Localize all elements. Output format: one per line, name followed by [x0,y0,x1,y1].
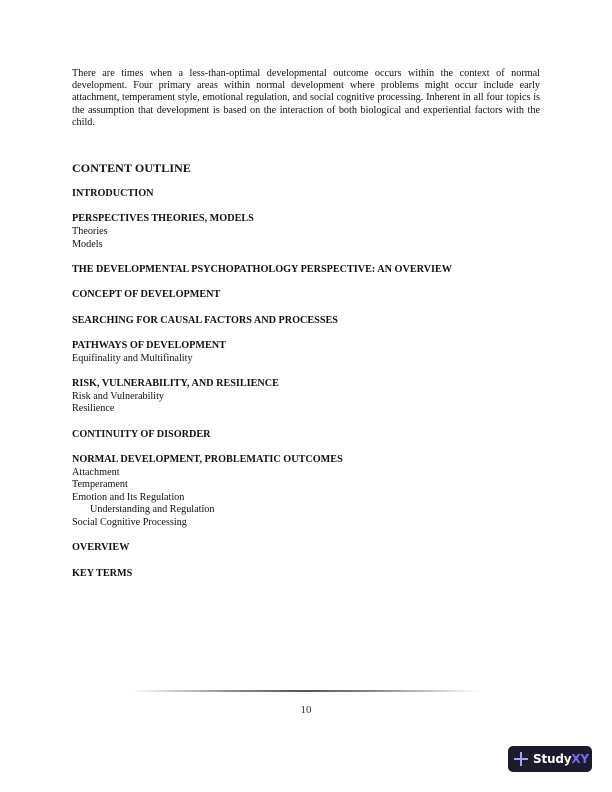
section-heading: CONTINUITY OF DISORDER [72,429,540,442]
section-heading: SEARCHING FOR CAUSAL FACTORS AND PROCESS… [72,315,540,328]
outline-section: CONTINUITY OF DISORDER [72,429,540,442]
document-page: There are times when a less-than-optimal… [0,0,612,792]
outline-item: Models [72,239,540,252]
brand-part-xy: XY [571,752,589,766]
outline-item: Equifinality and Multifinality [72,353,540,366]
studyxy-badge[interactable]: StudyXY [508,746,592,772]
brand-logo-text: StudyXY [533,752,589,766]
outline-item: Temperament [72,479,540,492]
outline-item: Resilience [72,403,540,416]
intro-paragraph: There are times when a less-than-optimal… [72,68,540,129]
outline-subitem: Understanding and Regulation [72,504,540,517]
outline-section: THE DEVELOPMENTAL PSYCHOPATHOLOGY PERSPE… [72,264,540,277]
outline-item: Attachment [72,467,540,480]
outline-section: SEARCHING FOR CAUSAL FACTORS AND PROCESS… [72,315,540,328]
page-number: 10 [0,704,612,716]
outline-section: PERSPECTIVES THEORIES, MODELSTheoriesMod… [72,213,540,251]
outline-section: OVERVIEW [72,542,540,555]
outline-item: Social Cognitive Processing [72,517,540,530]
section-heading: CONCEPT OF DEVELOPMENT [72,289,540,302]
section-heading: NORMAL DEVELOPMENT, PROBLEMATIC OUTCOMES [72,454,540,467]
content-outline-title: CONTENT OUTLINE [72,161,191,176]
outline-section: KEY TERMS [72,568,540,581]
outline-item: Risk and Vulnerability [72,391,540,404]
outline-section: INTRODUCTION [72,188,540,201]
section-heading: PERSPECTIVES THEORIES, MODELS [72,213,540,226]
content-outline: INTRODUCTIONPERSPECTIVES THEORIES, MODEL… [72,188,540,593]
outline-item: Emotion and Its Regulation [72,492,540,505]
outline-section: CONCEPT OF DEVELOPMENT [72,289,540,302]
section-heading: INTRODUCTION [72,188,540,201]
section-heading: PATHWAYS OF DEVELOPMENT [72,340,540,353]
section-heading: KEY TERMS [72,568,540,581]
plus-icon [514,752,528,766]
section-heading: THE DEVELOPMENTAL PSYCHOPATHOLOGY PERSPE… [72,264,540,277]
section-heading: OVERVIEW [72,542,540,555]
outline-section: PATHWAYS OF DEVELOPMENTEquifinality and … [72,340,540,365]
outline-section: NORMAL DEVELOPMENT, PROBLEMATIC OUTCOMES… [72,454,540,530]
outline-section: RISK, VULNERABILITY, AND RESILIENCERisk … [72,378,540,416]
outline-item: Theories [72,226,540,239]
section-heading: RISK, VULNERABILITY, AND RESILIENCE [72,378,540,391]
brand-part-study: Study [533,752,571,766]
footer-divider [130,690,480,692]
